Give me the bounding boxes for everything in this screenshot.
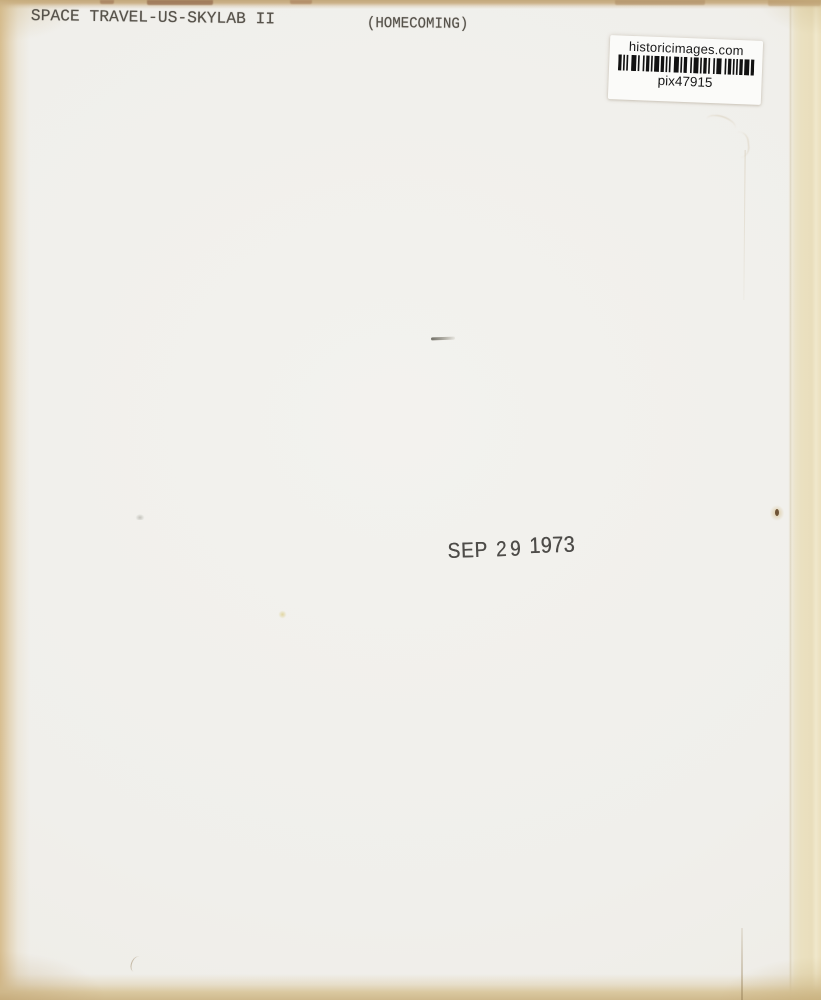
brown-stain-spot xyxy=(768,502,786,524)
scan-edge-left xyxy=(0,0,30,1000)
crease-mark xyxy=(743,150,745,300)
photo-verso: SPACE TRAVEL-US-SKYLAB II (HOMECOMING) h… xyxy=(0,0,821,1000)
edge-stain-mark xyxy=(147,0,213,5)
yellow-stain-spot xyxy=(277,609,288,620)
smudge-mark xyxy=(135,512,145,520)
photo-back-scan: { "window": { "width": 821, "height": 10… xyxy=(0,0,821,1000)
crease-mark xyxy=(704,112,737,136)
date-stamp: SEP 29 1973 xyxy=(447,534,575,564)
scratch-mark xyxy=(431,337,455,340)
caption-note: (HOMECOMING) xyxy=(367,14,468,33)
edge-stain-mark xyxy=(768,0,821,6)
label-code-text: pix47915 xyxy=(657,73,712,91)
stamp-day: 29 xyxy=(496,536,525,562)
hairline-mark xyxy=(129,955,144,973)
scan-edge-bottom xyxy=(0,974,821,1000)
scan-edge-right xyxy=(788,0,821,1000)
stamp-year: 1973 xyxy=(529,532,576,560)
stamp-month: SEP xyxy=(447,538,488,564)
caption-category: SPACE TRAVEL-US-SKYLAB II xyxy=(31,6,276,28)
barcode-label: historicimages.com pix47915 xyxy=(608,35,763,105)
edge-stain-mark xyxy=(100,0,114,4)
edge-stain-mark xyxy=(290,0,312,4)
edge-stain-mark xyxy=(615,0,705,5)
crease-mark xyxy=(723,131,751,159)
